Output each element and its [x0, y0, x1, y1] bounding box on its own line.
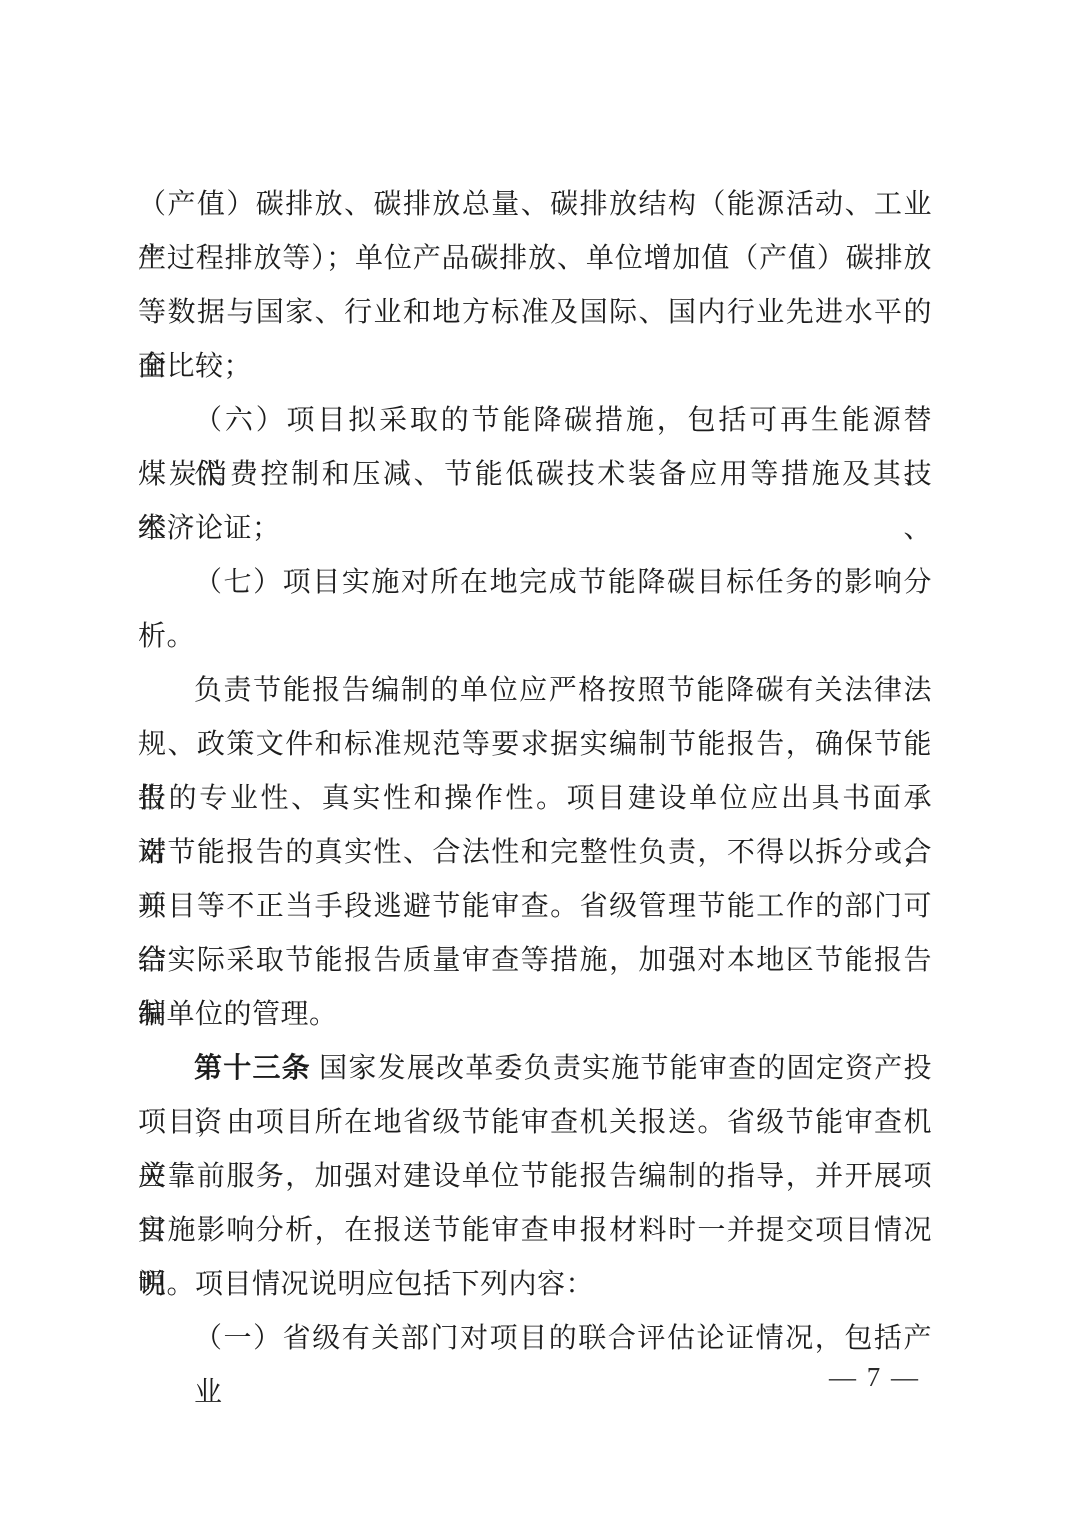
text-line: 析。 — [138, 610, 932, 664]
page-number: — 7 — — [829, 1360, 920, 1394]
text-line: 负责节能报告编制的单位应严格按照节能降碳有关法律法 — [138, 664, 932, 718]
text-line: （一）省级有关部门对项目的联合评估论证情况，包括产业 — [138, 1312, 932, 1366]
text-line: 对节能报告的真实性、合法性和完整性负责，不得以拆分或合并 — [138, 826, 932, 880]
text-line: 第十三条 国家发展改革委负责实施节能审查的固定资产投资 — [138, 1042, 932, 1096]
text-line: 应靠前服务，加强对建设单位节能报告编制的指导，并开展项目 — [138, 1150, 932, 1204]
article-number: 第十三条 — [194, 1053, 311, 1084]
text-line: 明。项目情况说明应包括下列内容： — [138, 1258, 932, 1312]
text-line: （六）项目拟采取的节能降碳措施，包括可再生能源替代、 — [138, 394, 932, 448]
text-line: 等数据与国家、行业和地方标准及国际、国内行业先进水平的全 — [138, 286, 932, 340]
document-page: （产值）碳排放、碳排放总量、碳排放结构（能源活动、工业生产过程排放等）；单位产品… — [0, 0, 1080, 1527]
text-line: 合实际采取节能报告质量审查等措施，加强对本地区节能报告编 — [138, 934, 932, 988]
text-line: （七）项目实施对所在地完成节能降碳目标任务的影响分 — [138, 556, 932, 610]
text-line: 规、政策文件和标准规范等要求据实编制节能报告，确保节能报 — [138, 718, 932, 772]
text-line: 项目等不正当手段逃避节能审查。省级管理节能工作的部门可结 — [138, 880, 932, 934]
text-line: （产值）碳排放、碳排放总量、碳排放结构（能源活动、工业生 — [138, 178, 932, 232]
text-line: 实施影响分析，在报送节能审查申报材料时一并提交项目情况说 — [138, 1204, 932, 1258]
text-line: 煤炭消费控制和压减、节能低碳技术装备应用等措施及其技术、 — [138, 448, 932, 502]
text-line: 面比较； — [138, 340, 932, 394]
text-line: 制单位的管理。 — [138, 988, 932, 1042]
text-line: 产过程排放等）；单位产品碳排放、单位增加值（产值）碳排放 — [138, 232, 932, 286]
text-line: 项目，由项目所在地省级节能审查机关报送。省级节能审查机关 — [138, 1096, 932, 1150]
document-body: （产值）碳排放、碳排放总量、碳排放结构（能源活动、工业生产过程排放等）；单位产品… — [138, 178, 932, 1366]
text-line: 告的专业性、真实性和操作性。项目建设单位应出具书面承诺， — [138, 772, 932, 826]
